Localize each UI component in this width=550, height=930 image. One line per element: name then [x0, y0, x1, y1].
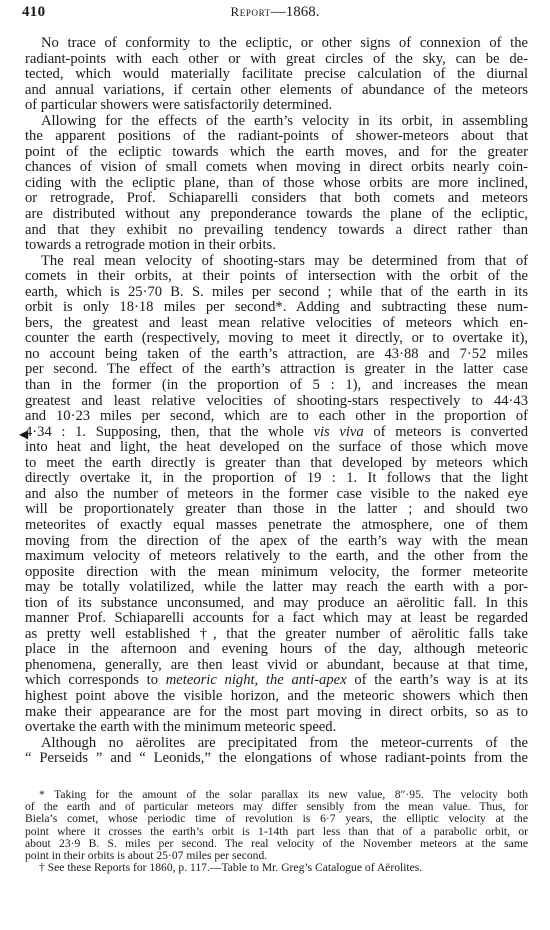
running-title-report: Report [231, 4, 271, 19]
footnote-line: † See these Reports for 1860, p. 117.—Ta… [25, 862, 528, 874]
text-line: highest point above the visible horizon,… [25, 689, 528, 705]
text-line: and that they exhibit no prevailing tend… [25, 223, 528, 239]
text-line: place in the afternoon and evening hours… [25, 642, 528, 658]
footnote-line: point where it crosses the earth’s orbit… [25, 826, 528, 838]
text-run: which corresponds to [25, 672, 166, 688]
text-line: moving from the direction of the apex of… [25, 534, 528, 550]
text-line: no account being taken of the earth’s at… [25, 347, 528, 363]
text-line: opposite direction with the mean minimum… [25, 565, 528, 581]
footnotes: * Taking for the amount of the solar par… [25, 789, 528, 874]
text-line: will be proportionately greater than tho… [25, 502, 528, 518]
text-line: radiant-points with each other or with g… [25, 52, 528, 68]
text-line: “ Perseids ” and “ Leonids,” the elongat… [25, 751, 528, 767]
text-line: The real mean velocity of shooting-stars… [25, 254, 528, 270]
text-line: ciding with the ecliptic plane, than of … [25, 176, 528, 192]
text-line: chances of vision of small comets when m… [25, 160, 528, 176]
text-line: meteorites of exactly equal masses penet… [25, 518, 528, 534]
text-run: of the earth’s way is at its [347, 672, 528, 688]
margin-arrow-icon: ◀ [19, 427, 28, 441]
text-line: of particular showers were satisfactoril… [25, 98, 528, 114]
text-line: to meet the earth directly is greater th… [25, 456, 528, 472]
text-run: of meteors is converted [364, 424, 528, 440]
text-line: are distributed without any preponderanc… [25, 207, 528, 223]
text-line: make their appearance are for the most p… [25, 705, 528, 721]
text-line: tected, which would materially facilitat… [25, 67, 528, 83]
text-line: orbit is only 18·18 miles per second*. A… [25, 300, 528, 316]
text-line: point of the ecliptic towards which the … [25, 145, 528, 161]
text-line: phenomena, generally, are then least viv… [25, 658, 528, 674]
text-line: directly overtake it, in the proportion … [25, 471, 528, 487]
running-title-year: —1868. [271, 4, 320, 20]
text-line: Although no aërolites are precipitated f… [25, 736, 528, 752]
text-line: and 10·23 miles per second, which are to… [25, 409, 528, 425]
body-text: No trace of conformity to the ecliptic, … [25, 36, 528, 767]
text-line: as pretty well established †, that the g… [25, 627, 528, 643]
running-head: 410 Report—1868. [22, 4, 528, 22]
text-line: bers, the greatest and least mean relati… [25, 316, 528, 332]
text-line: 4·34 : 1. Supposing, then, that the whol… [25, 425, 528, 441]
text-line: earth, which is 25·70 B. S. miles per se… [25, 285, 528, 301]
text-run: 4·34 : 1. Supposing, then, that the whol… [25, 424, 314, 440]
text-line: counter the earth (respectively, moving … [25, 331, 528, 347]
text-line: the apparent positions of the radiant-po… [25, 129, 528, 145]
running-title: Report—1868. [22, 4, 528, 21]
text-line: No trace of conformity to the ecliptic, … [25, 36, 528, 52]
italic-phrase: meteoric night, the anti-apex [166, 672, 347, 688]
text-line: into heat and light, the heat developed … [25, 440, 528, 456]
text-line: overtake the earth with the minimum mete… [25, 720, 528, 736]
text-line: manner Prof. Schiaparelli accounts for a… [25, 611, 528, 627]
text-line: per second. The effect of the earth’s at… [25, 362, 528, 378]
text-line: than in the former (in the proportion of… [25, 378, 528, 394]
text-line: or retrograde, Prof. Schiaparelli consid… [25, 191, 528, 207]
italic-phrase: vis viva [314, 424, 364, 440]
document-page: 410 Report—1868. No trace of conformity … [0, 0, 550, 930]
text-line: comets in their orbits, at their points … [25, 269, 528, 285]
text-line: which corresponds to meteoric night, the… [25, 673, 528, 689]
text-line: tion of its substance unconsumed, and ma… [25, 596, 528, 612]
text-line: greatest and least relative velocities o… [25, 394, 528, 410]
text-line: towards a retrograde motion in their orb… [25, 238, 528, 254]
text-line: may be totally volatilized, while the la… [25, 580, 528, 596]
text-line: and annual variations, if certain other … [25, 83, 528, 99]
text-line: Allowing for the effects of the earth’s … [25, 114, 528, 130]
text-line: and also the number of meteors in the fo… [25, 487, 528, 503]
text-line: maximum velocity of meteors relatively t… [25, 549, 528, 565]
footnote-line: Biela’s comet, whose periodic time of re… [25, 813, 528, 825]
